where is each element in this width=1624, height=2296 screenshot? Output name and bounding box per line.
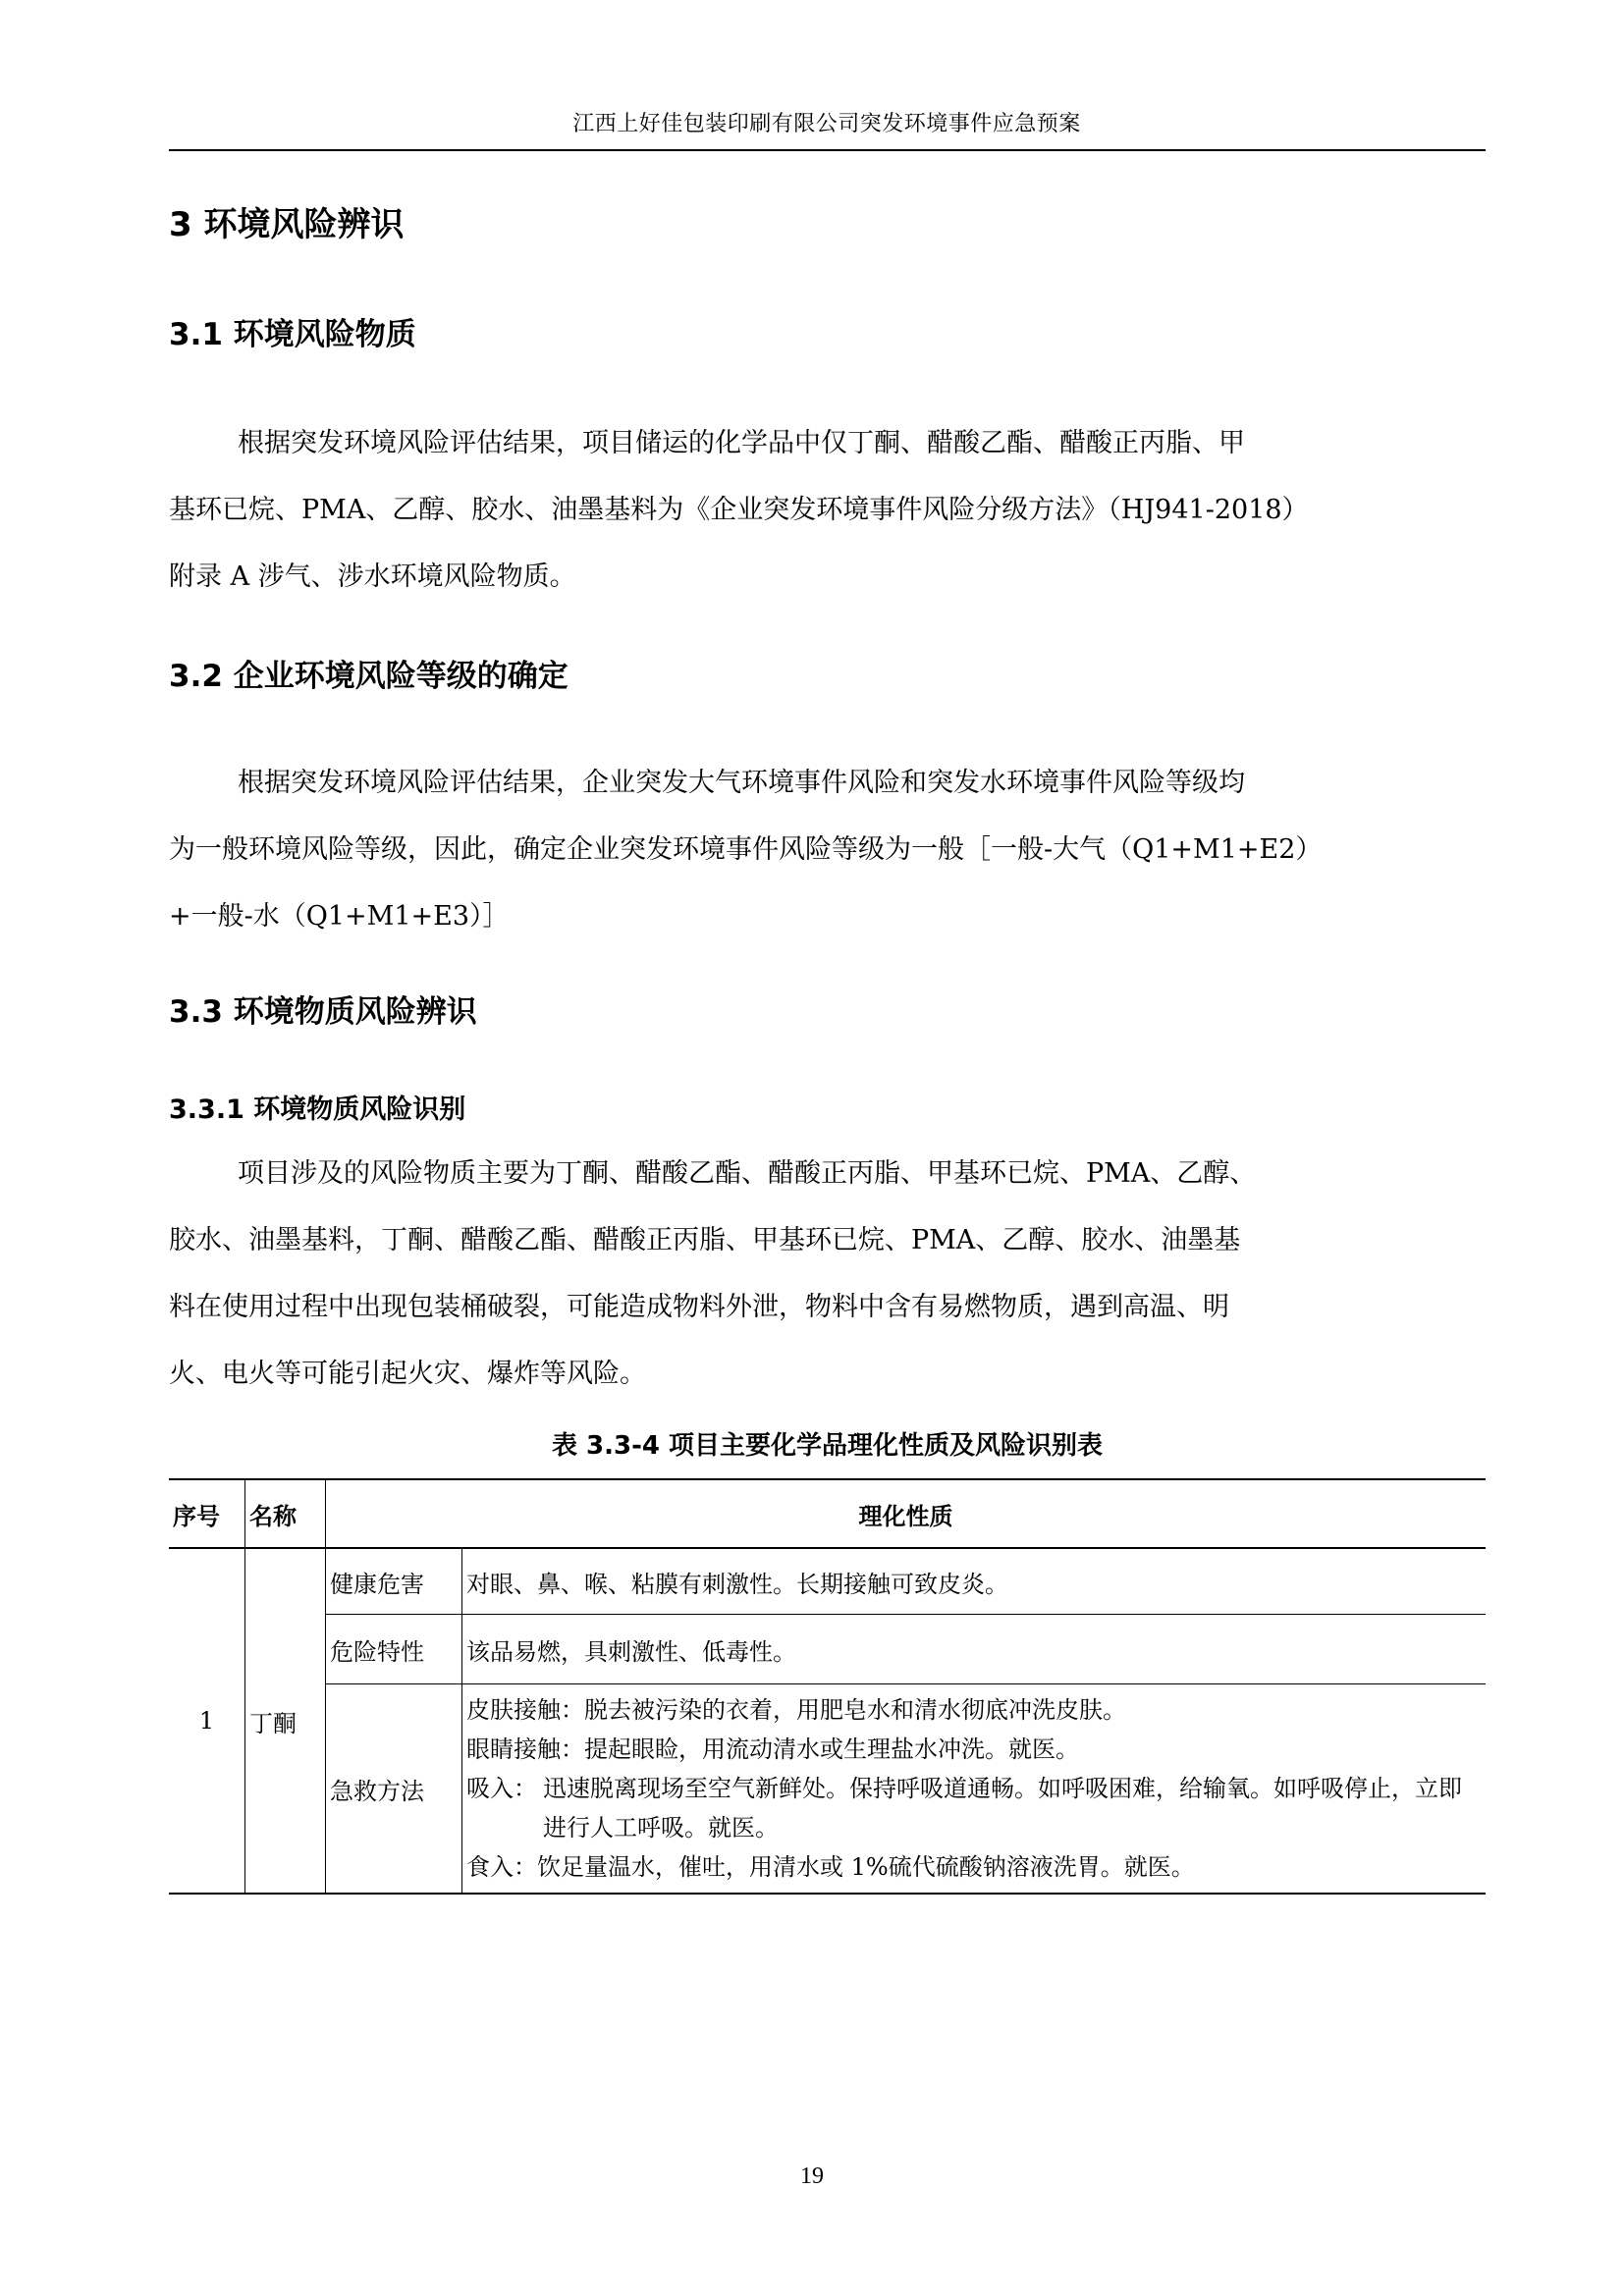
- running-header: 江西上好佳包装印刷有限公司突发环境事件应急预案: [169, 110, 1485, 139]
- header-seq: 序号: [169, 1479, 245, 1548]
- table-row: 危险特性 该品易燃，具刺激性、低毒性。: [169, 1615, 1486, 1684]
- header-properties: 理化性质: [326, 1479, 1487, 1548]
- first-aid-ingestion: 食入：饮足量温水，催吐，用清水或 1%硫代硫酸钠溶液洗胃。就医。: [466, 1847, 1482, 1887]
- table-row: 1 丁酮 健康危害 对眼、鼻、喉、粘膜有刺激性。长期接触可致皮炎。: [169, 1548, 1486, 1615]
- paragraph-line: 火、电火等可能引起火灾、爆炸等风险。: [169, 1341, 1486, 1408]
- paragraph-line: 料在使用过程中出现包装桶破裂，可能造成物料外泄，物料中含有易燃物质，遇到高温、明: [169, 1274, 1486, 1341]
- aid-label: 食入：: [466, 1853, 537, 1881]
- section-3-2-heading: 3.2 企业环境风险等级的确定: [169, 656, 568, 697]
- aid-label: 吸入：: [466, 1769, 537, 1808]
- cell-name: 丁酮: [245, 1548, 326, 1894]
- aid-text: 饮足量温水，催吐，用清水或 1%硫代硫酸钠溶液洗胃。就医。: [537, 1853, 1195, 1881]
- page-number: 19: [0, 2163, 1624, 2190]
- first-aid-inhalation: 吸入：迅速脱离现场至空气新鲜处。保持呼吸道通畅。如呼吸困难，给输氧。如呼吸停止，…: [466, 1769, 1482, 1847]
- paragraph-line: 基环已烷、PMA、乙醇、胶水、油墨基料为《企业突发环境事件风险分级方法》（HJ9…: [169, 477, 1486, 544]
- section-3-1-paragraph: 根据突发环境风险评估结果，项目储运的化学品中仅丁酮、醋酸乙酯、醋酸正丙脂、甲 基…: [169, 410, 1486, 611]
- aid-text: 迅速脱离现场至空气新鲜处。保持呼吸道通畅。如呼吸困难，给输氧。如呼吸停止，立即进…: [543, 1775, 1462, 1842]
- first-aid-skin: 皮肤接触：脱去被污染的衣着，用肥皂水和清水彻底冲洗皮肤。: [466, 1690, 1482, 1730]
- cell-seq: 1: [169, 1548, 245, 1894]
- cell-health: 对眼、鼻、喉、粘膜有刺激性。长期接触可致皮炎。: [462, 1548, 1487, 1615]
- cell-first-aid: 皮肤接触：脱去被污染的衣着，用肥皂水和清水彻底冲洗皮肤。 眼睛接触：提起眼睑，用…: [462, 1684, 1487, 1895]
- first-aid-eyes: 眼睛接触：提起眼睑，用流动清水或生理盐水冲洗。就医。: [466, 1730, 1482, 1769]
- paragraph-line: 根据突发环境风险评估结果，项目储运的化学品中仅丁酮、醋酸乙酯、醋酸正丙脂、甲: [169, 410, 1486, 477]
- cell-danger-label: 危险特性: [326, 1615, 462, 1684]
- chemical-properties-table: 序号 名称 理化性质 1 丁酮 健康危害 对眼、鼻、喉、粘膜有刺激性。长期接触可…: [169, 1478, 1486, 1895]
- section-3-3-1-heading: 3.3.1 环境物质风险识别: [169, 1092, 465, 1129]
- aid-label: 皮肤接触：: [466, 1696, 584, 1724]
- section-3-1-heading: 3.1 环境风险物质: [169, 314, 416, 355]
- section-3-3-1-paragraph: 项目涉及的风险物质主要为丁酮、醋酸乙酯、醋酸正丙脂、甲基环已烷、PMA、乙醇、 …: [169, 1141, 1486, 1408]
- section-3-2-paragraph: 根据突发环境风险评估结果，企业突发大气环境事件风险和突发水环境事件风险等级均 为…: [169, 750, 1486, 950]
- cell-first-aid-label: 急救方法: [326, 1684, 462, 1895]
- section-3-3-heading: 3.3 环境物质风险辨识: [169, 991, 477, 1033]
- paragraph-line: 项目涉及的风险物质主要为丁酮、醋酸乙酯、醋酸正丙脂、甲基环已烷、PMA、乙醇、: [169, 1141, 1486, 1207]
- table-row: 急救方法 皮肤接触：脱去被污染的衣着，用肥皂水和清水彻底冲洗皮肤。 眼睛接触：提…: [169, 1684, 1486, 1895]
- table-header-row: 序号 名称 理化性质: [169, 1479, 1486, 1548]
- cell-danger: 该品易燃，具刺激性、低毒性。: [462, 1615, 1487, 1684]
- paragraph-line: 根据突发环境风险评估结果，企业突发大气环境事件风险和突发水环境事件风险等级均: [169, 750, 1486, 817]
- section-3-heading: 3 环境风险辨识: [169, 202, 405, 247]
- paragraph-line: +一般-水（Q1+M1+E3）］: [169, 883, 1486, 950]
- paragraph-line: 胶水、油墨基料，丁酮、醋酸乙酯、醋酸正丙脂、甲基环已烷、PMA、乙醇、胶水、油墨…: [169, 1207, 1486, 1274]
- table-caption: 表 3.3-4 项目主要化学品理化性质及风险识别表: [169, 1428, 1486, 1464]
- paragraph-line: 为一般环境风险等级，因此，确定企业突发环境事件风险等级为一般［一般-大气（Q1+…: [169, 817, 1486, 883]
- header-divider: [169, 149, 1486, 151]
- cell-health-label: 健康危害: [326, 1548, 462, 1615]
- header-name: 名称: [245, 1479, 326, 1548]
- paragraph-line: 附录 A 涉气、涉水环境风险物质。: [169, 544, 1486, 611]
- aid-text: 提起眼睑，用流动清水或生理盐水冲洗。就医。: [584, 1735, 1079, 1763]
- aid-text: 脱去被污染的衣着，用肥皂水和清水彻底冲洗皮肤。: [584, 1696, 1126, 1724]
- aid-label: 眼睛接触：: [466, 1735, 584, 1763]
